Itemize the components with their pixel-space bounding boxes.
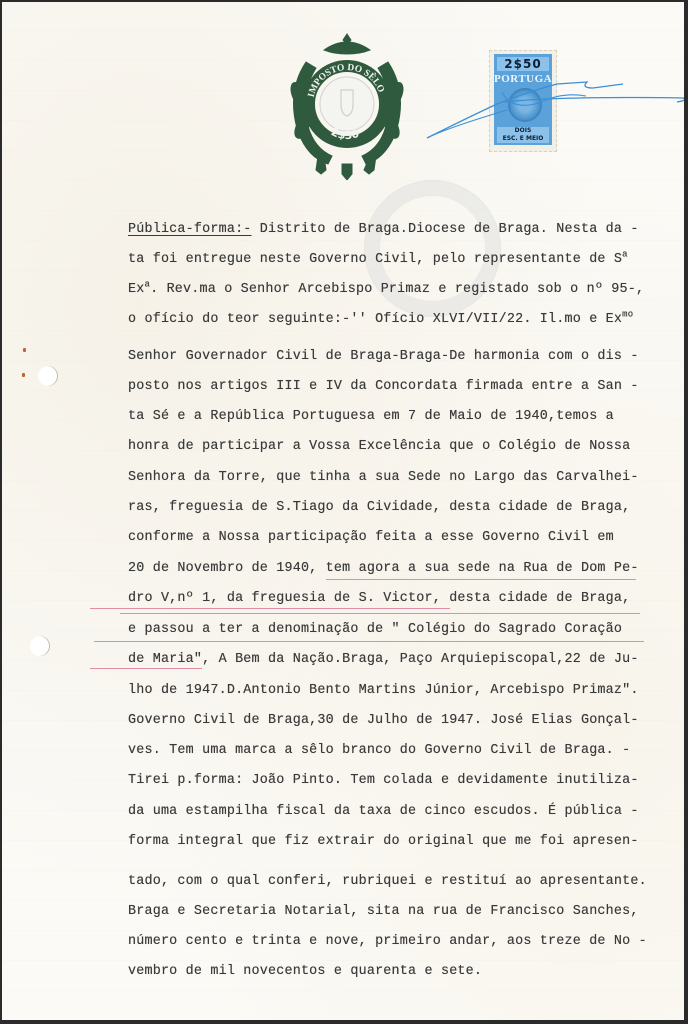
red-underline (90, 608, 450, 609)
text-line-13: dro V,nº 1, da freguesia de S. Victor, d… (128, 591, 630, 606)
document-heading: Pública-forma:- (128, 222, 252, 237)
text-line-14: e passou a ter a denominação de " Colégi… (128, 622, 622, 637)
text-line-18: ves. Tem uma marca a sêlo branco do Gove… (128, 743, 630, 758)
red-underline (326, 579, 636, 580)
red-underline (120, 613, 640, 614)
text-line-12: 20 de Novembro de 1940, tem agora a sua … (128, 561, 639, 576)
text-line-11: conforme a Nossa participação feita a es… (128, 530, 614, 545)
red-underline (94, 641, 644, 642)
revenue-seal-stamp: IMPOSTO DO SÊLO 2$50 (284, 32, 410, 180)
text-line-9: Senhora da Torre, que tinha a sua Sede n… (128, 470, 639, 485)
text-line-4: o ofício do teor seguinte:-'' Ofício XLV… (128, 312, 633, 327)
text-line-21: forma integral que fiz extrair do origin… (128, 834, 639, 849)
text-line-5: Senhor Governador Civil de Braga-Braga-D… (128, 349, 639, 364)
text-line-15: de Maria", A Bem da Nação.Braga, Paço Ar… (128, 652, 639, 667)
text-line-22: tado, com o qual conferi, rubriquei e re… (128, 874, 647, 889)
fiscal-stamp-value: 2$50 (497, 57, 549, 71)
rust-speck (22, 373, 25, 377)
text-line-10: ras, freguesia de S.Tiago da Cividade, d… (128, 500, 630, 515)
text-line-3: Exa. Rev.ma o Senhor Arcebispo Primaz e … (128, 282, 644, 297)
text-line-17: Governo Civil de Braga,30 de Julho de 19… (128, 713, 639, 728)
text-line-19: Tirei p.forma: João Pinto. Tem colada e … (128, 773, 639, 788)
text-line-16: lho de 1947.D.Antonio Bento Martins Júni… (128, 683, 639, 698)
text-line-7: ta Sé e a República Portuguesa em 7 de M… (128, 409, 614, 424)
rust-speck (23, 348, 26, 352)
handwritten-signature (422, 72, 684, 142)
text-line-8: honra de participar a Vossa Excelência q… (128, 439, 630, 454)
punch-hole-bottom (30, 636, 50, 656)
punch-hole-top (38, 366, 58, 386)
text-line-6: posto nos artigos III e IV da Concordata… (128, 379, 639, 394)
text-line-24: número cento e trinta e nove, primeiro a… (128, 934, 647, 949)
text-line-2: ta foi entregue neste Governo Civil, pel… (128, 252, 628, 267)
text-line-23: Braga e Secretaria Notarial, sita na rua… (128, 904, 639, 919)
document-page: IMPOSTO DO SÊLO 2$50 2$50 PORTUGAL DOIS … (2, 2, 684, 1020)
red-underline (90, 668, 202, 669)
text-line-20: da uma estampilha fiscal da taxa de cinc… (128, 804, 639, 819)
text-line-1: Pública-forma:- Distrito de Braga.Dioces… (128, 222, 639, 237)
text-line-25: vembro de mil novecentos e quarenta e se… (128, 964, 482, 979)
